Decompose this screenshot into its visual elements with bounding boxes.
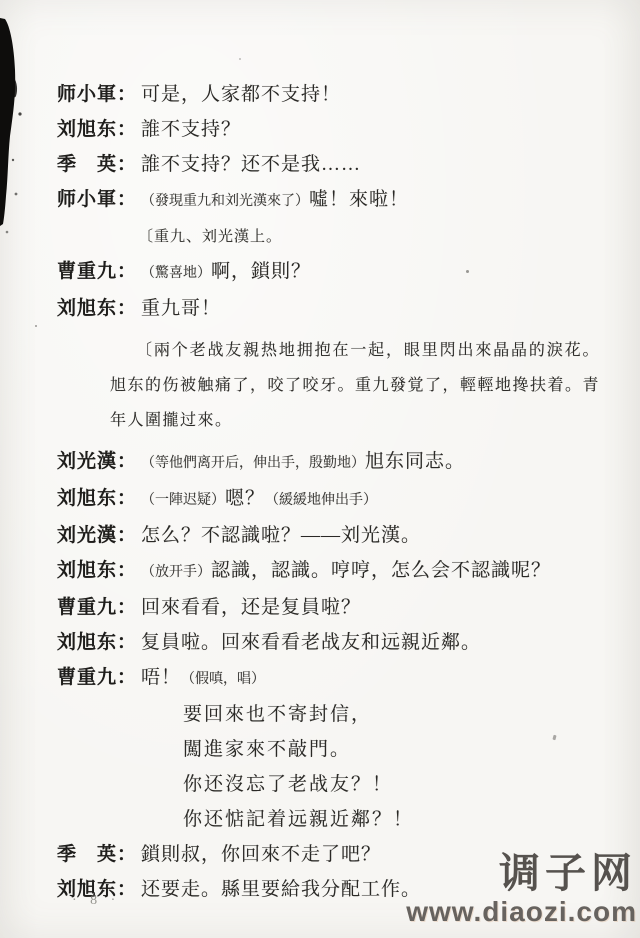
speech-text: 重九哥！ bbox=[141, 298, 221, 319]
script-line-dialogue: 季 英：誰不支持？还不是我…… bbox=[57, 154, 600, 176]
speech-text: 鎖則叔，你回來不走了吧？ bbox=[141, 844, 381, 865]
speaker-label: 刘旭东： bbox=[57, 119, 141, 141]
verse-line: 你还沒忘了老战友？！ bbox=[183, 774, 600, 796]
speech-text: 誰不支持？ bbox=[141, 119, 241, 140]
scan-speck bbox=[35, 325, 37, 327]
speaker-label: 刘旭东： bbox=[57, 488, 141, 510]
scan-speck bbox=[239, 58, 241, 60]
stage-note: （發現重九和刘光漢來了） bbox=[141, 194, 309, 209]
speaker-label: 曹重九： bbox=[57, 597, 141, 619]
scanned-script-page: 师小軍：可是，人家都不支持！刘旭东：誰不支持？季 英：誰不支持？还不是我……师小… bbox=[0, 0, 640, 938]
speech-text: 啊，鎖則？ bbox=[211, 261, 311, 282]
speech-text: 怎么？不認識啦？——刘光漢。 bbox=[141, 525, 421, 546]
verse-line: 要回來也不寄封信， bbox=[183, 704, 600, 726]
speech-text: 認識，認識。哼哼，怎么会不認識呢？ bbox=[211, 560, 551, 581]
speaker-label: 刘旭东： bbox=[57, 632, 141, 654]
watermark-site-url: www.diaozi.com bbox=[406, 898, 637, 926]
speech-text: 回來看看，还是复員啦？ bbox=[141, 597, 361, 618]
speaker-label: 刘光漢： bbox=[57, 451, 141, 473]
stage-note: （假嗔，唱） bbox=[181, 672, 265, 687]
stage-note: （驚喜地） bbox=[141, 266, 211, 281]
speaker-label: 刘旭东： bbox=[57, 298, 141, 320]
stage-note: （等他們离开后，伸出手，殷勤地） bbox=[141, 456, 365, 471]
script-body: 师小軍：可是，人家都不支持！刘旭东：誰不支持？季 英：誰不支持？还不是我……师小… bbox=[57, 84, 600, 914]
stage-note: （放开手） bbox=[141, 565, 211, 580]
ink-smudge-artifact bbox=[0, 18, 40, 238]
script-line-dialogue: 师小軍：（發現重九和刘光漢來了）噓！來啦！ bbox=[57, 189, 600, 213]
script-line-dialogue: 刘旭东：（放开手）認識，認識。哼哼，怎么会不認識呢？ bbox=[57, 560, 600, 584]
speech-text: 复員啦。回來看看老战友和远親近鄰。 bbox=[141, 632, 481, 653]
stage-note: （一陣迟疑） bbox=[141, 493, 225, 508]
speaker-label: 季 英： bbox=[57, 154, 141, 176]
speaker-label: 师小軍： bbox=[57, 189, 141, 211]
stage-direction-line: 〔重九、刘光漢上。 bbox=[138, 226, 600, 248]
speaker-label: 季 英： bbox=[57, 844, 141, 866]
speech-text: 可是，人家都不支持！ bbox=[141, 84, 341, 105]
stage-note: （緩緩地伸出手） bbox=[265, 493, 377, 508]
script-line-dialogue: 刘光漢：（等他們离开后，伸出手，殷勤地）旭东同志。 bbox=[57, 451, 600, 475]
speech-text: 噓！來啦！ bbox=[309, 189, 409, 210]
verse-line: 闖進家來不敲門。 bbox=[183, 739, 600, 761]
script-line-dialogue: 曹重九：回來看看，还是复員啦？ bbox=[57, 597, 600, 619]
script-line-dialogue: 刘旭东：复員啦。回來看看老战友和远親近鄰。 bbox=[57, 632, 600, 654]
page-number: · 8 · bbox=[72, 893, 120, 909]
speaker-label: 曹重九： bbox=[57, 667, 141, 689]
watermark: 调子网 www.diaozi.com bbox=[406, 853, 637, 926]
script-line-dialogue: 曹重九：（驚喜地）啊，鎖則？ bbox=[57, 261, 600, 285]
speaker-label: 师小軍： bbox=[57, 84, 141, 106]
speaker-label: 刘旭东： bbox=[57, 560, 141, 582]
stage-direction-paragraph: 〔兩个老战友親热地拥抱在一起，眼里閃出來晶晶的淚花。旭东的伤被触痛了，咬了咬牙。… bbox=[110, 333, 600, 438]
scan-speck bbox=[466, 270, 469, 273]
speech-text: 还要走。縣里要給我分配工作。 bbox=[141, 879, 421, 900]
speaker-label: 曹重九： bbox=[57, 261, 141, 283]
speech-text: 唔！ bbox=[141, 667, 181, 688]
script-line-dialogue: 刘光漢：怎么？不認識啦？——刘光漢。 bbox=[57, 525, 600, 547]
script-line-dialogue: 刘旭东：重九哥！ bbox=[57, 298, 600, 320]
speech-text: 誰不支持？还不是我…… bbox=[141, 154, 361, 175]
script-line-dialogue: 曹重九：唔！（假嗔，唱） bbox=[57, 667, 600, 691]
script-line-dialogue: 刘旭东：（一陣迟疑）嗯？（緩緩地伸出手） bbox=[57, 488, 600, 512]
speaker-label: 刘光漢： bbox=[57, 525, 141, 547]
speech-text: 旭东同志。 bbox=[365, 451, 465, 472]
script-line-dialogue: 刘旭东：誰不支持？ bbox=[57, 119, 600, 141]
script-line-dialogue: 师小軍：可是，人家都不支持！ bbox=[57, 84, 600, 106]
watermark-site-name: 调子网 bbox=[406, 853, 637, 894]
verse-line: 你还惦記着远親近鄰？！ bbox=[183, 809, 600, 831]
speech-text: 嗯？ bbox=[225, 488, 265, 509]
